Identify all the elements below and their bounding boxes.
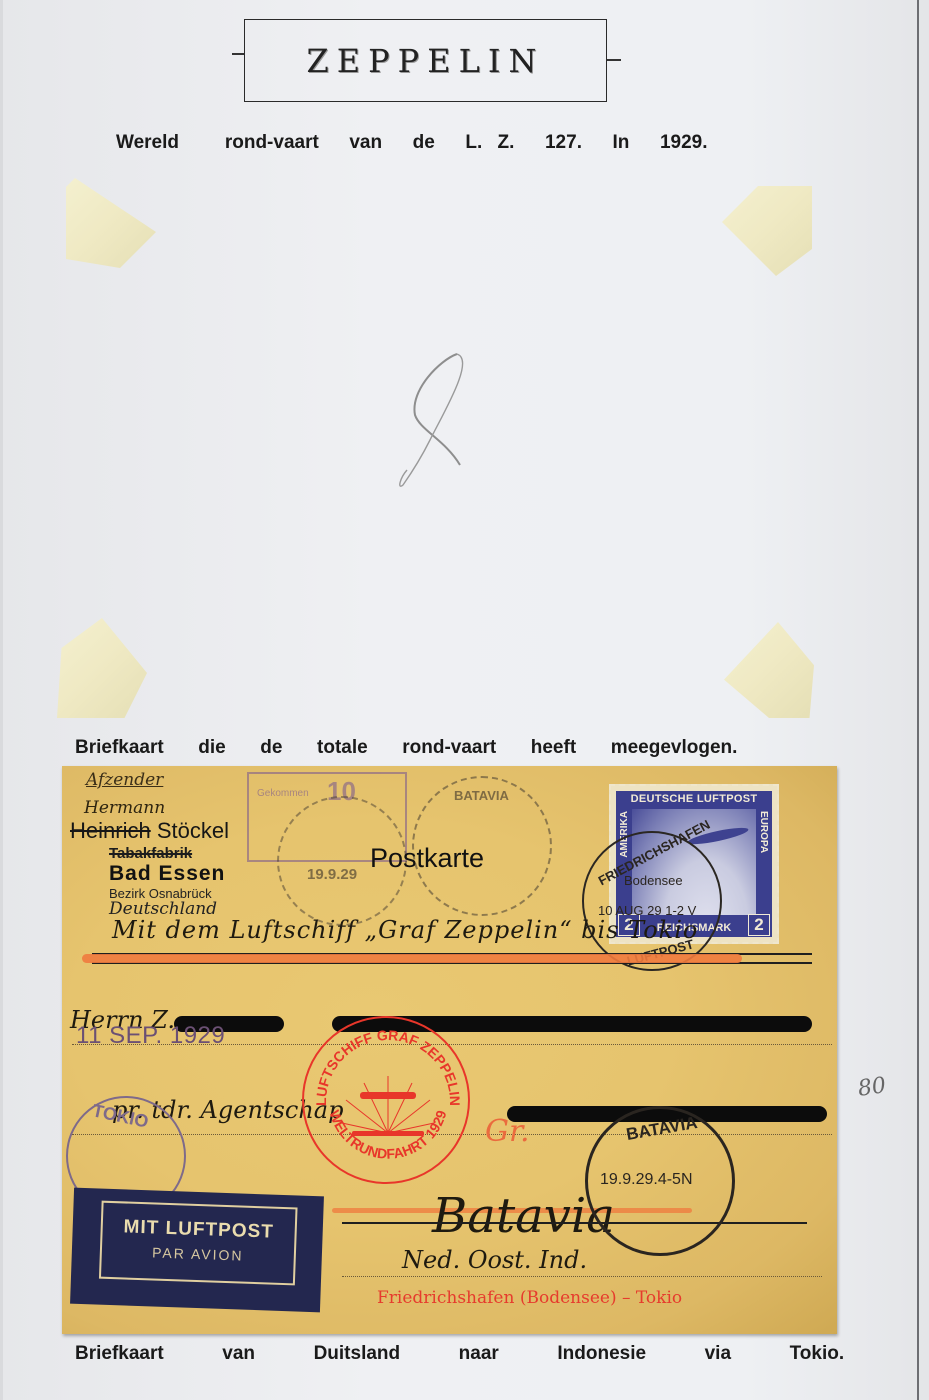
sender-company: Tabakfabrik — [109, 845, 192, 862]
dotted-address-line-3 — [342, 1276, 822, 1277]
arrival-date-stamp: 11 SEP. 1929 — [76, 1022, 225, 1050]
airmail-label: MIT LUFTPOST PAR AVION — [70, 1188, 324, 1313]
caption-middle: Briefkaart die de totale rond-vaart heef… — [75, 737, 737, 759]
orange-crayon-stroke — [82, 954, 742, 963]
sender-printed-first-name: Heinrich — [70, 818, 151, 843]
handwritten-destination-country: Ned. Oost. Ind. — [402, 1246, 587, 1274]
postmark-batavia-transit-city: BATAVIA — [454, 788, 509, 803]
sender-label: Afzender — [86, 770, 163, 790]
page-title: ZEPPELIN — [245, 42, 606, 80]
postmark-batavia-city: BATAVIA — [625, 1113, 699, 1145]
airmail-label-frame: MIT LUFTPOST PAR AVION — [99, 1201, 298, 1286]
box-cancel-label: Gekommen — [257, 788, 309, 799]
photo-corner-bottom-left — [57, 618, 147, 718]
postmark-batavia-date: 19.9.29.4-5N — [600, 1171, 693, 1189]
pencil-scribble-icon — [385, 350, 475, 490]
sender-city: Bad Essen — [109, 862, 225, 886]
photo-corner-bottom-right — [724, 622, 814, 718]
photo-corner-top-left — [66, 178, 156, 268]
postcard: Gekommen 10 19.9.29 BATAVIA Afzender Her… — [62, 766, 837, 1334]
address-rule-3 — [342, 1222, 807, 1224]
stamp-top-text: DEUTSCHE LUFTPOST — [616, 793, 772, 805]
caption-bottom: Briefkaart van Duitsland naar Indonesie … — [75, 1343, 844, 1365]
handwritten-routing-line: Mit dem Luftschiff „Graf Zeppelin“ bis T… — [112, 916, 698, 944]
graf-zeppelin-flight-seal: LUFTSCHIFF GRAF ZEPPELIN WELTRUNDFAHRT 1… — [302, 1016, 470, 1184]
photo-corner-top-right — [722, 186, 812, 276]
stamp-value-right: 2 — [748, 914, 770, 936]
postmark-friedrichshafen-sub: Bodensee — [624, 873, 683, 888]
caption-top: Wereld rond-vaart van de L. Z. 127. In 1… — [116, 132, 708, 154]
page-left-edge — [0, 0, 3, 1400]
sun-rays-airship-icon: LUFTSCHIFF GRAF ZEPPELIN WELTRUNDFAHRT 1… — [304, 1018, 472, 1186]
album-page: ZEPPELIN Wereld rond-vaart van de L. Z. … — [0, 0, 929, 1400]
pencil-margin-number: 80 — [856, 1073, 887, 1102]
postmark-batavia-arrival: BATAVIA 19.9.29.4-5N — [585, 1106, 735, 1256]
red-pencil-mark: Gr. — [485, 1114, 530, 1149]
postmark-tokio-city: TOKIO — [90, 1100, 150, 1132]
page-right-border — [917, 0, 919, 1400]
card-type-label: Postkarte — [370, 843, 484, 874]
title-rule-left — [232, 53, 244, 55]
sender-name: Heinrich Stöckel — [70, 818, 229, 844]
postmark-friedrichshafen: FRIEDRICHSHAFEN Bodensee 10 AUG 29 1-2 V… — [582, 831, 722, 971]
sender-handwritten-name: Hermann — [84, 798, 165, 818]
title-rule-right — [607, 59, 621, 61]
title-frame: ZEPPELIN — [244, 19, 607, 102]
airmail-label-line1: MIT LUFTPOST — [102, 1216, 295, 1245]
airmail-label-line2: PAR AVION — [102, 1243, 294, 1266]
route-imprint: Friedrichshafen (Bodensee) – Tokio — [377, 1288, 682, 1308]
sender-surname: Stöckel — [157, 818, 229, 843]
postmark-european-date: 19.9.29 — [307, 866, 357, 883]
stamp-right-text: EUROPA — [758, 811, 769, 853]
